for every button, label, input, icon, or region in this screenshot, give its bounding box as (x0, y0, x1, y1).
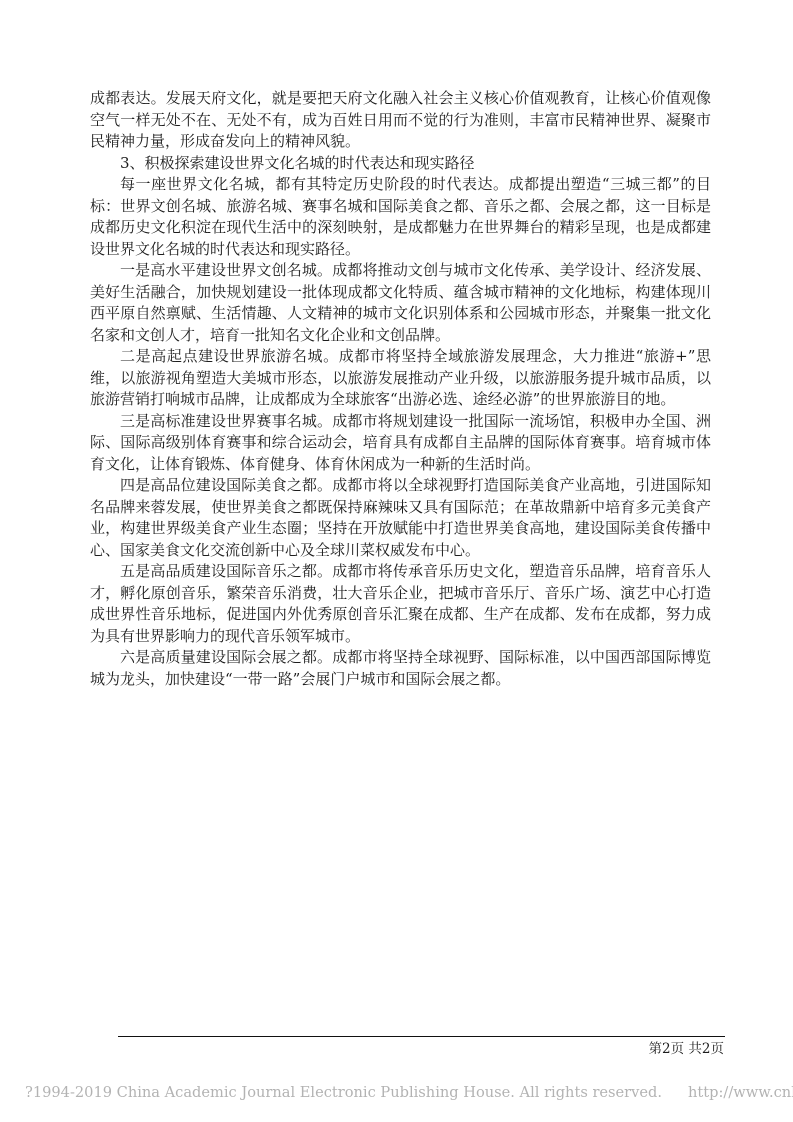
paragraph: 一是高水平建设世界文创名城。成都将推动文创与城市文化传承、美学设计、经济发展、美… (90, 260, 711, 346)
copyright-notice: ?1994-2019 China Academic Journal Electr… (25, 1084, 662, 1101)
document-body: 成都表达。发展天府文化，就是要把天府文化融入社会主义核心价值观教育，让核心价值观… (90, 88, 711, 690)
footer-divider (118, 1036, 725, 1037)
paragraph: 三是高标准建设世界赛事名城。成都市将规划建设一批国际一流场馆，积极申办全国、洲际… (90, 411, 711, 476)
paragraph: 每一座世界文化名城，都有其特定历史阶段的时代表达。成都提出塑造“三城三都”的目标… (90, 174, 711, 260)
section-heading: 3、积极探索建设世界文化名城的时代表达和现实路径 (90, 153, 711, 175)
paragraph: 成都表达。发展天府文化，就是要把天府文化融入社会主义核心价值观教育，让核心价值观… (90, 88, 711, 153)
page-number: 第2页 共2页 (649, 1041, 724, 1057)
paragraph: 五是高品质建设国际音乐之都。成都市将传承音乐历史文化，塑造音乐品牌，培育音乐人才… (90, 561, 711, 647)
copyright-line: ?1994-2019 China Academic Journal Electr… (25, 1084, 770, 1102)
paragraph: 二是高起点建设世界旅游名城。成都市将坚持全域旅游发展理念，大力推进“旅游+”思维… (90, 346, 711, 411)
cnki-url: http://www.cnki.net (688, 1084, 793, 1101)
paragraph: 六是高质量建设国际会展之都。成都市将坚持全球视野、国际标准，以中国西部国际博览城… (90, 647, 711, 690)
document-page: 成都表达。发展天府文化，就是要把天府文化融入社会主义核心价值观教育，让核心价值观… (0, 0, 793, 1122)
paragraph: 四是高品位建设国际美食之都。成都市将以全球视野打造国际美食产业高地，引进国际知名… (90, 475, 711, 561)
